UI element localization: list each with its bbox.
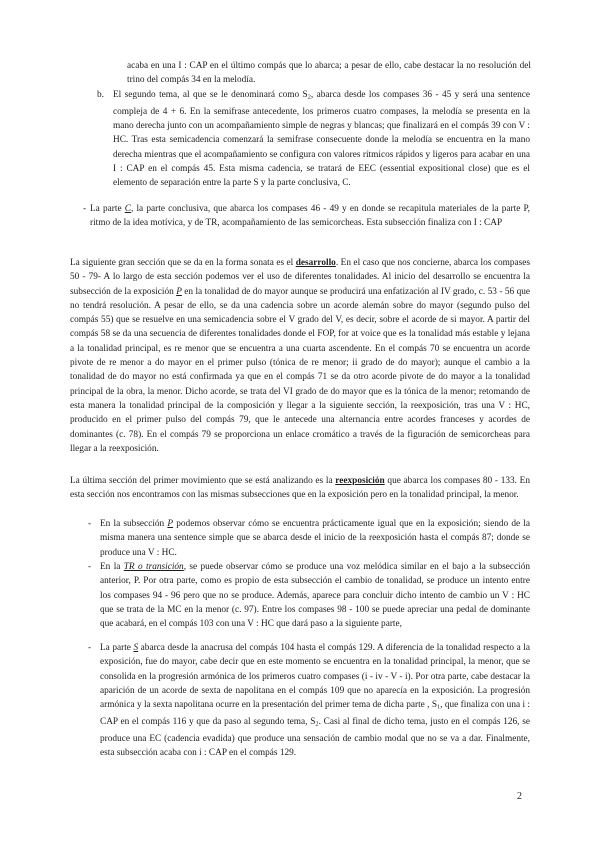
text-run: La parte (90, 204, 125, 214)
bullet-dash-icon: - (83, 202, 86, 216)
bullet-dash-icon: - (88, 517, 91, 531)
list-item-b: b. El segundo tema, al que se le denomin… (113, 88, 530, 191)
continued-paragraph-item-a: acaba en una I : CAP en el último compás… (127, 59, 531, 88)
text-run: La parte (100, 643, 133, 653)
text-run: , se puede observar cómo se produce una … (100, 562, 530, 629)
bullet-item-parte-c-text: La parte C, la parte conclusiva, que aba… (90, 204, 530, 228)
text-run: El segundo tema, al que se le denominará… (113, 90, 308, 100)
list-item-b-text: El segundo tema, al que se le denominará… (113, 90, 530, 188)
bullet-dash-icon: - (88, 560, 91, 574)
bullet-dash-icon: - (88, 641, 91, 655)
list-marker-b: b. (97, 88, 104, 102)
text-run: en la tonalidad de do mayor aunque se pr… (70, 287, 530, 454)
text-run: En la subsección (100, 519, 167, 529)
document-page: acaba en una I : CAP en el último compás… (0, 0, 600, 848)
page-number: 2 (517, 791, 522, 803)
text-run: acaba en una I : CAP en el último compás… (127, 61, 531, 85)
paragraph-reexposicion: La última sección del primer movimiento … (70, 474, 530, 503)
text-run: La última sección del primer movimiento … (70, 476, 335, 486)
bullet-item-subseccion-p: - En la subsección P podemos observar có… (100, 517, 530, 560)
text-run: desarrollo (296, 258, 336, 268)
text-run: , la parte conclusiva, que abarca los co… (90, 204, 530, 228)
text-run: En la (100, 562, 124, 572)
bullet-item-parte-s-text: La parte S abarca desde la anacrusa del … (100, 643, 530, 758)
text-run: La siguiente gran sección que se da en l… (70, 258, 296, 268)
text-run: TR o transición (124, 562, 184, 572)
bullet-item-parte-c: - La parte C, la parte conclusiva, que a… (90, 202, 530, 231)
bullet-item-parte-s: - La parte S abarca desde la anacrusa de… (100, 641, 530, 760)
text-run: reexposición (335, 476, 384, 486)
bullet-item-tr-transicion: - En la TR o transición, se puede observ… (100, 560, 530, 631)
bullet-item-subseccion-p-text: En la subsección P podemos observar cómo… (100, 519, 530, 558)
text-run: , abarca desde los compases 36 - 45 y se… (113, 90, 530, 188)
bullet-item-tr-transicion-text: En la TR o transición, se puede observar… (100, 562, 530, 629)
paragraph-desarrollo: La siguiente gran sección que se da en l… (70, 256, 530, 456)
